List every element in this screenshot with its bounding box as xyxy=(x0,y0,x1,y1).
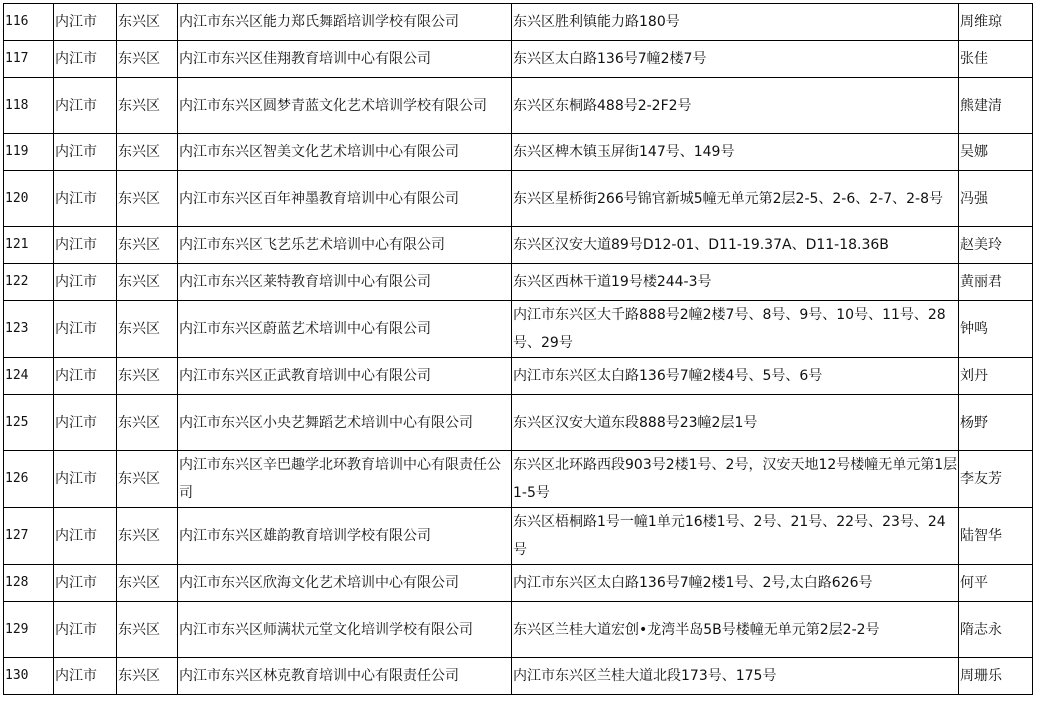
row-number: 117 xyxy=(4,41,54,78)
contact-person-cell: 李友芳 xyxy=(959,451,1033,508)
company-name-cell: 内江市东兴区佳翔教育培训中心有限公司 xyxy=(178,41,512,78)
row-number: 120 xyxy=(4,171,54,227)
city-cell: 内江市 xyxy=(54,264,117,301)
address-cell: 东兴区星桥街266号锦官新城5幢无单元第2层2-5、2-6、2-7、2-8号 xyxy=(512,171,959,227)
address-cell: 东兴区太白路136号7幢2楼7号 xyxy=(512,41,959,78)
table-row: 127 内江市 东兴区 内江市东兴区雄韵教育培训学校有限公司 东兴区梧桐路1号一… xyxy=(4,508,1033,565)
address-cell: 东兴区兰桂大道宏创•龙湾半岛5B号楼幢无单元第2层2-2号 xyxy=(512,602,959,658)
district-cell: 东兴区 xyxy=(117,358,178,395)
company-name-cell: 内江市东兴区莱特教育培训中心有限公司 xyxy=(178,264,512,301)
district-cell: 东兴区 xyxy=(117,134,178,171)
address-cell: 东兴区椑木镇玉屏街147号、149号 xyxy=(512,134,959,171)
district-cell: 东兴区 xyxy=(117,395,178,451)
district-cell: 东兴区 xyxy=(117,451,178,508)
address-cell: 内江市东兴区兰桂大道北段173号、175号 xyxy=(512,658,959,695)
district-cell: 东兴区 xyxy=(117,602,178,658)
company-name-cell: 内江市东兴区辛巴趣学北环教育培训中心有限责任公司 xyxy=(178,451,512,508)
contact-person-cell: 黄丽君 xyxy=(959,264,1033,301)
table-row: 121 内江市 东兴区 内江市东兴区飞艺乐艺术培训中心有限公司 东兴区汉安大道8… xyxy=(4,227,1033,264)
address-cell: 东兴区汉安大道89号D12-01、D11-19.37A、D11-18.36B xyxy=(512,227,959,264)
company-name-cell: 内江市东兴区能力郑氏舞蹈培训学校有限公司 xyxy=(178,4,512,41)
district-cell: 东兴区 xyxy=(117,508,178,565)
address-cell: 东兴区胜利镇能力路180号 xyxy=(512,4,959,41)
row-number: 121 xyxy=(4,227,54,264)
city-cell: 内江市 xyxy=(54,565,117,602)
company-name-cell: 内江市东兴区智美文化艺术培训中心有限公司 xyxy=(178,134,512,171)
city-cell: 内江市 xyxy=(54,78,117,134)
city-cell: 内江市 xyxy=(54,395,117,451)
city-cell: 内江市 xyxy=(54,171,117,227)
contact-person-cell: 熊建清 xyxy=(959,78,1033,134)
address-cell: 内江市东兴区大千路888号2幢2楼7号、8号、9号、10号、11号、28号、29… xyxy=(512,301,959,358)
district-cell: 东兴区 xyxy=(117,658,178,695)
training-institutions-table: 116 内江市 东兴区 内江市东兴区能力郑氏舞蹈培训学校有限公司 东兴区胜利镇能… xyxy=(3,3,1033,695)
contact-person-cell: 吴娜 xyxy=(959,134,1033,171)
address-cell: 东兴区东桐路488号2-2F2号 xyxy=(512,78,959,134)
table-row: 128 内江市 东兴区 内江市东兴区欣海文化艺术培训中心有限公司 内江市东兴区太… xyxy=(4,565,1033,602)
address-cell: 东兴区西林干道19号楼244-3号 xyxy=(512,264,959,301)
company-name-cell: 内江市东兴区圆梦青蓝文化艺术培训学校有限公司 xyxy=(178,78,512,134)
company-name-cell: 内江市东兴区正武教育培训中心有限公司 xyxy=(178,358,512,395)
row-number: 130 xyxy=(4,658,54,695)
address-cell: 内江市东兴区太白路136号7幢2楼1号、2号,太白路626号 xyxy=(512,565,959,602)
company-name-cell: 内江市东兴区小央艺舞蹈艺术培训中心有限公司 xyxy=(178,395,512,451)
district-cell: 东兴区 xyxy=(117,41,178,78)
district-cell: 东兴区 xyxy=(117,227,178,264)
district-cell: 东兴区 xyxy=(117,301,178,358)
city-cell: 内江市 xyxy=(54,358,117,395)
contact-person-cell: 杨野 xyxy=(959,395,1033,451)
table-row: 125 内江市 东兴区 内江市东兴区小央艺舞蹈艺术培训中心有限公司 东兴区汉安大… xyxy=(4,395,1033,451)
contact-person-cell: 何平 xyxy=(959,565,1033,602)
table-row: 124 内江市 东兴区 内江市东兴区正武教育培训中心有限公司 内江市东兴区太白路… xyxy=(4,358,1033,395)
company-name-cell: 内江市东兴区林克教育培训中心有限责任公司 xyxy=(178,658,512,695)
company-name-cell: 内江市东兴区飞艺乐艺术培训中心有限公司 xyxy=(178,227,512,264)
table-row: 118 内江市 东兴区 内江市东兴区圆梦青蓝文化艺术培训学校有限公司 东兴区东桐… xyxy=(4,78,1033,134)
city-cell: 内江市 xyxy=(54,451,117,508)
contact-person-cell: 赵美玲 xyxy=(959,227,1033,264)
row-number: 125 xyxy=(4,395,54,451)
row-number: 129 xyxy=(4,602,54,658)
company-name-cell: 内江市东兴区百年神墨教育培训中心有限公司 xyxy=(178,171,512,227)
district-cell: 东兴区 xyxy=(117,4,178,41)
table-row: 126 内江市 东兴区 内江市东兴区辛巴趣学北环教育培训中心有限责任公司 东兴区… xyxy=(4,451,1033,508)
table-row: 123 内江市 东兴区 内江市东兴区蔚蓝艺术培训中心有限公司 内江市东兴区大千路… xyxy=(4,301,1033,358)
contact-person-cell: 陆智华 xyxy=(959,508,1033,565)
row-number: 116 xyxy=(4,4,54,41)
city-cell: 内江市 xyxy=(54,658,117,695)
contact-person-cell: 冯强 xyxy=(959,171,1033,227)
city-cell: 内江市 xyxy=(54,301,117,358)
company-name-cell: 内江市东兴区师满状元堂文化培训学校有限公司 xyxy=(178,602,512,658)
district-cell: 东兴区 xyxy=(117,171,178,227)
table-row: 130 内江市 东兴区 内江市东兴区林克教育培训中心有限责任公司 内江市东兴区兰… xyxy=(4,658,1033,695)
row-number: 126 xyxy=(4,451,54,508)
table-row: 120 内江市 东兴区 内江市东兴区百年神墨教育培训中心有限公司 东兴区星桥街2… xyxy=(4,171,1033,227)
city-cell: 内江市 xyxy=(54,508,117,565)
table-row: 119 内江市 东兴区 内江市东兴区智美文化艺术培训中心有限公司 东兴区椑木镇玉… xyxy=(4,134,1033,171)
row-number: 128 xyxy=(4,565,54,602)
contact-person-cell: 刘丹 xyxy=(959,358,1033,395)
address-cell: 东兴区梧桐路1号一幢1单元16楼1号、2号、21号、22号、23号、24号 xyxy=(512,508,959,565)
company-name-cell: 内江市东兴区蔚蓝艺术培训中心有限公司 xyxy=(178,301,512,358)
contact-person-cell: 钟鸣 xyxy=(959,301,1033,358)
row-number: 122 xyxy=(4,264,54,301)
company-name-cell: 内江市东兴区雄韵教育培训学校有限公司 xyxy=(178,508,512,565)
row-number: 123 xyxy=(4,301,54,358)
table-row: 117 内江市 东兴区 内江市东兴区佳翔教育培训中心有限公司 东兴区太白路136… xyxy=(4,41,1033,78)
city-cell: 内江市 xyxy=(54,41,117,78)
table-body: 116 内江市 东兴区 内江市东兴区能力郑氏舞蹈培训学校有限公司 东兴区胜利镇能… xyxy=(4,4,1033,695)
district-cell: 东兴区 xyxy=(117,565,178,602)
district-cell: 东兴区 xyxy=(117,264,178,301)
company-name-cell: 内江市东兴区欣海文化艺术培训中心有限公司 xyxy=(178,565,512,602)
contact-person-cell: 周维琼 xyxy=(959,4,1033,41)
city-cell: 内江市 xyxy=(54,602,117,658)
row-number: 119 xyxy=(4,134,54,171)
table-row: 129 内江市 东兴区 内江市东兴区师满状元堂文化培训学校有限公司 东兴区兰桂大… xyxy=(4,602,1033,658)
address-cell: 东兴区北环路西段903号2楼1号、2号，汉安天地12号楼幢无单元第1层1-5号 xyxy=(512,451,959,508)
table-row: 122 内江市 东兴区 内江市东兴区莱特教育培训中心有限公司 东兴区西林干道19… xyxy=(4,264,1033,301)
contact-person-cell: 张佳 xyxy=(959,41,1033,78)
row-number: 124 xyxy=(4,358,54,395)
contact-person-cell: 隋志永 xyxy=(959,602,1033,658)
city-cell: 内江市 xyxy=(54,227,117,264)
city-cell: 内江市 xyxy=(54,134,117,171)
contact-person-cell: 周珊乐 xyxy=(959,658,1033,695)
address-cell: 内江市东兴区太白路136号7幢2楼4号、5号、6号 xyxy=(512,358,959,395)
table-row: 116 内江市 东兴区 内江市东兴区能力郑氏舞蹈培训学校有限公司 东兴区胜利镇能… xyxy=(4,4,1033,41)
address-cell: 东兴区汉安大道东段888号23幢2层1号 xyxy=(512,395,959,451)
row-number: 127 xyxy=(4,508,54,565)
city-cell: 内江市 xyxy=(54,4,117,41)
district-cell: 东兴区 xyxy=(117,78,178,134)
row-number: 118 xyxy=(4,78,54,134)
